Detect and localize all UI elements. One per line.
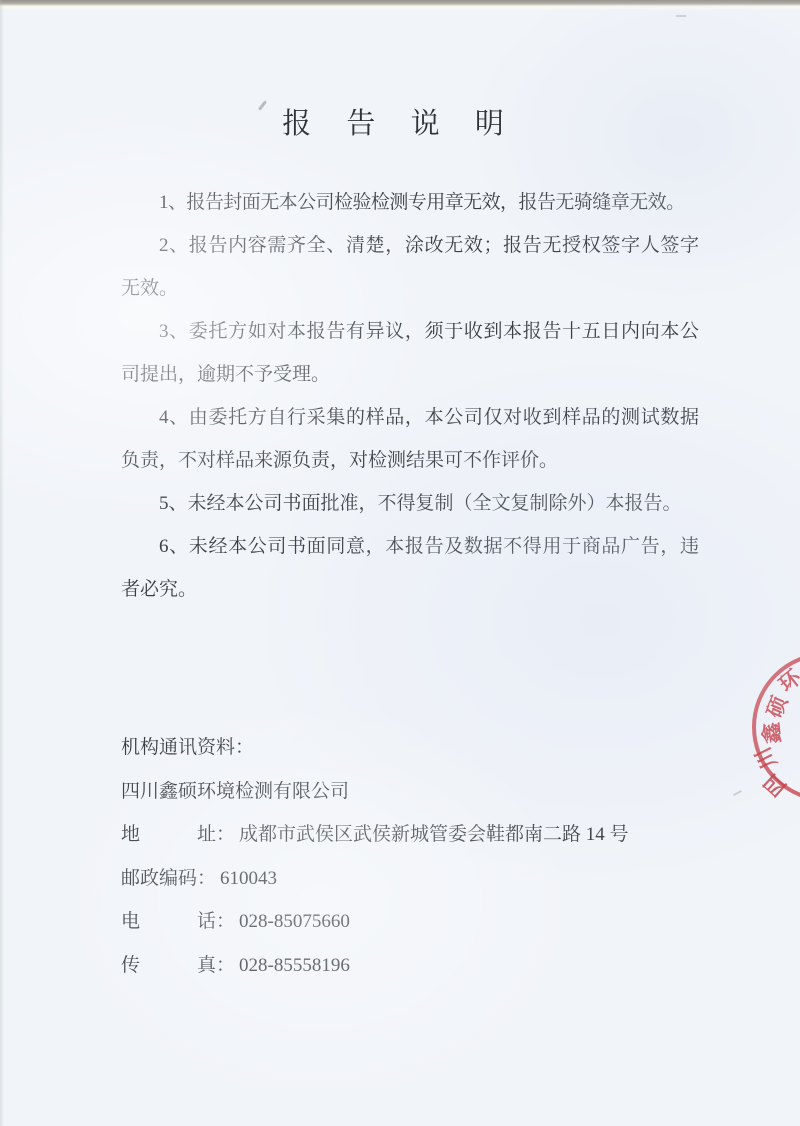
note-item-2: 2、报告内容需齐全、清楚，涂改无效；报告无授权签字人签字无效。 <box>121 224 699 310</box>
contact-phone-line: 电 话：028-85075660 <box>121 900 721 944</box>
company-name: 四川鑫硕环境检测有限公司 <box>121 770 721 814</box>
note-item-1: 1、报告封面无本公司检验检测专用章无效，报告无骑缝章无效。 <box>121 181 699 224</box>
note-item-5: 5、未经本公司书面批准，不得复制（全文复制除外）本报告。 <box>121 482 699 525</box>
scan-edge-top <box>0 0 800 10</box>
fax-label: 传 真： <box>121 955 235 976</box>
contact-address-line: 地 址：成都市武侯区武侯新城管委会鞋都南二路 14 号 <box>121 813 721 857</box>
postcode-label: 邮政编码： <box>121 868 216 889</box>
address-value: 成都市武侯区武侯新城管委会鞋都南二路 14 号 <box>239 824 629 845</box>
contact-postcode-line: 邮政编码：610043 <box>121 857 721 901</box>
postcode-value: 610043 <box>220 868 277 889</box>
scan-edge-left <box>0 0 4 1126</box>
contact-block: 机构通讯资料： 四川鑫硕环境检测有限公司 地 址：成都市武侯区武侯新城管委会鞋都… <box>121 726 721 987</box>
address-label: 地 址： <box>121 824 235 845</box>
phone-label: 电 话： <box>121 911 235 932</box>
report-notes: 1、报告封面无本公司检验检测专用章无效，报告无骑缝章无效。 2、报告内容需齐全、… <box>121 181 699 611</box>
phone-value: 028-85075660 <box>239 911 350 932</box>
note-item-4: 4、由委托方自行采集的样品，本公司仅对收到样品的测试数据负责，不对样品来源负责，… <box>121 396 699 482</box>
note-item-6: 6、未经本公司书面同意，本报告及数据不得用于商品广告，违者必究。 <box>121 525 699 611</box>
scanned-report-page: 报 告 说 明 1、报告封面无本公司检验检测专用章无效，报告无骑缝章无效。 2、… <box>0 0 800 1126</box>
contact-fax-line: 传 真：028-85558196 <box>121 944 721 988</box>
fax-value: 028-85558196 <box>239 955 350 976</box>
scan-speck <box>676 15 686 17</box>
seal-character: 鑫 <box>760 721 784 745</box>
scan-speck <box>733 790 742 796</box>
page-title: 报 告 说 明 <box>0 101 800 142</box>
contact-heading: 机构通讯资料： <box>121 726 721 770</box>
note-item-3: 3、委托方如对本报告有异议，须于收到本报告十五日内向本公司提出，逾期不予受理。 <box>121 310 699 396</box>
